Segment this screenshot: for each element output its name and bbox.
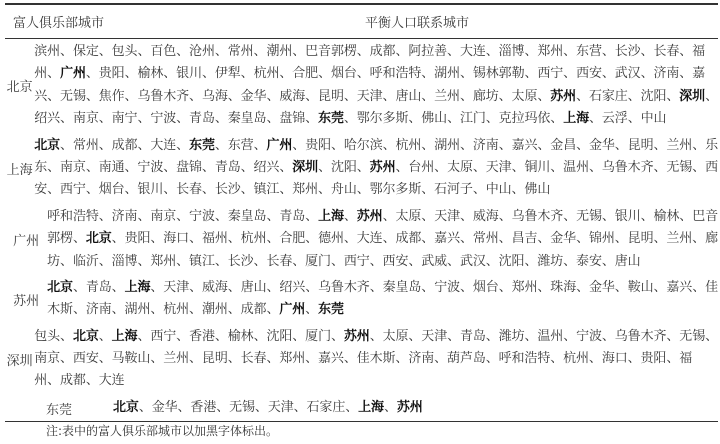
- city-list-text: 、台州、太原、天津、铜川、温州、乌鲁木齐、无锡、西: [395, 160, 718, 175]
- table-row: 广州呼和浩特、济南、南京、宁波、秦皇岛、青岛、上海、苏州、太原、天津、威海、乌鲁…: [5, 204, 718, 275]
- linked-cities-line: 州、成都、大连: [34, 370, 718, 392]
- header-balanced-linked-cities: 平衡人口联系城市: [123, 12, 718, 31]
- city-list-text: 、贵阳、海口、福州、杭州、合肥、德州、大连、成都、嘉兴、常州、昌吉、金华、锦州、…: [112, 231, 718, 246]
- city-list-text: 、西宁、香港、榆林、沈阳、厦门、: [137, 329, 343, 344]
- city-list-text: 、贵阳、榆林、银川、伊犁、杭州、合肥、烟台、呼和浩特、湖州、锡林郭勒、西宁、西安…: [86, 66, 705, 81]
- city-list-text: 、贵阳、哈尔滨、杭州、湖州、济南、嘉兴、金昌、金华、昆明、兰州、乐: [292, 138, 718, 153]
- rich-club-city-highlight: 东莞: [189, 138, 215, 153]
- city-list-text: 、太原、天津、青岛、潍坊、温州、宁波、乌鲁木齐、无锡、: [370, 329, 718, 344]
- table-footnote: 注:表中的富人俱乐部城市以加黑字体标出。: [46, 422, 278, 439]
- linked-cities: 北京、金华、香港、无锡、天津、石家庄、上海、苏州: [113, 395, 718, 421]
- rich-club-city-highlight: 深圳: [292, 160, 318, 175]
- city-list-text: 、鄂尔多斯、佛山、江门、克拉玛依、: [344, 111, 563, 126]
- rich-club-city-highlight: 苏州: [357, 209, 383, 224]
- city-list-text: 州、成都、大连: [34, 373, 124, 388]
- city-list-text: 坊、临沂、淄博、郑州、镇江、长沙、长春、厦门、西宁、西安、武威、武汉、沈阳、潍坊…: [47, 254, 640, 269]
- linked-cities-line: 木斯、济南、湖州、杭州、潮州、成都、广州、东莞: [47, 299, 718, 321]
- linked-cities-line: 北京、青岛、上海、天津、威海、唐山、绍兴、乌鲁木齐、秦皇岛、宁波、烟台、郑州、珠…: [47, 277, 718, 299]
- linked-cities-line: 东、南京、南通、宁波、盘锦、青岛、绍兴、深圳、沈阳、苏州、台州、太原、天津、铜川…: [34, 157, 718, 179]
- city-list-text: 兴、无锡、焦作、乌鲁木齐、乌海、金华、威海、昆明、天津、唐山、兰州、廊坊、太原、: [34, 89, 550, 104]
- city-list-text: 、天津、威海、唐山、绍兴、乌鲁木齐、秦皇岛、宁波、烟台、郑州、珠海、金华、鞍山、…: [150, 280, 718, 295]
- rich-club-city-highlight: 苏州: [370, 160, 396, 175]
- rich-club-city-highlight: 广州: [279, 302, 305, 317]
- rich-club-city: 北京: [5, 39, 34, 133]
- rich-club-city-highlight: 上海: [125, 280, 151, 295]
- table-row: 北京滨州、保定、包头、百色、沧州、常州、潮州、巴音郭楞、成都、阿拉善、大连、淄博…: [5, 39, 718, 133]
- city-list-text: 、: [384, 400, 397, 415]
- city-list-text: 、青岛、: [73, 280, 125, 295]
- rich-club-city-highlight: 北京: [47, 280, 73, 295]
- table-header: 富人俱乐部城市 平衡人口联系城市: [5, 5, 718, 38]
- rich-club-city-highlight: 北京: [113, 400, 139, 415]
- rich-club-city: 上海: [5, 133, 34, 204]
- city-list-text: 包头、: [34, 329, 73, 344]
- linked-cities-line: 安、西宁、烟台、银川、长春、长沙、镇江、郑州、舟山、鄂尔多斯、石河子、中山、佛山: [34, 179, 718, 201]
- rich-club-city-highlight: 东莞: [318, 302, 344, 317]
- city-list-text: 绍兴、南京、南宁、宁波、青岛、秦皇岛、盘锦、: [34, 111, 318, 126]
- city-list-text: 、: [99, 329, 112, 344]
- rich-club-city-highlight: 东莞: [318, 111, 344, 126]
- rich-club-city-highlight: 北京: [86, 231, 112, 246]
- linked-cities: 北京、常州、成都、大连、东莞、东营、广州、贵阳、哈尔滨、杭州、湖州、济南、嘉兴、…: [34, 133, 718, 204]
- rich-club-city-highlight: 上海: [358, 400, 384, 415]
- city-list-text: 、东营、: [215, 138, 267, 153]
- city-list-text: 、: [305, 302, 318, 317]
- rich-club-city-highlight: 上海: [112, 329, 138, 344]
- city-list-text: 、常州、成都、大连、: [60, 138, 189, 153]
- city-list-text: 、太原、天津、威海、乌鲁木齐、无锡、银川、榆林、巴音: [383, 209, 718, 224]
- linked-cities-line: 坊、临沂、淄博、郑州、镇江、长沙、长春、厦门、西宁、西安、武威、武汉、沈阳、潍坊…: [47, 251, 718, 273]
- rich-club-city-highlight: 北京: [34, 138, 60, 153]
- rich-club-city-highlight: 上海: [563, 111, 589, 126]
- linked-cities-line: 滨州、保定、包头、百色、沧州、常州、潮州、巴音郭楞、成都、阿拉善、大连、淄博、郑…: [34, 41, 718, 63]
- linked-cities-line: 郭楞、北京、贵阳、海口、福州、杭州、合肥、德州、大连、成都、嘉兴、常州、昌吉、金…: [47, 228, 718, 250]
- linked-cities-line: 州、广州、贵阳、榆林、银川、伊犁、杭州、合肥、烟台、呼和浩特、湖州、锡林郭勒、西…: [34, 63, 718, 85]
- rich-club-city: 东莞: [5, 395, 113, 421]
- rich-club-city-highlight: 深圳: [679, 89, 705, 104]
- city-list-text: 郭楞、: [47, 231, 86, 246]
- linked-cities-line: 绍兴、南京、南宁、宁波、青岛、秦皇岛、盘锦、东莞、鄂尔多斯、佛山、江门、克拉玛依…: [34, 108, 718, 130]
- city-list-text: 木斯、济南、湖州、杭州、潮州、成都、: [47, 302, 279, 317]
- linked-cities-line: 兴、无锡、焦作、乌鲁木齐、乌海、金华、威海、昆明、天津、唐山、兰州、廊坊、太原、…: [34, 86, 718, 108]
- city-list-text: 、: [705, 89, 718, 104]
- table-row: 上海北京、常州、成都、大连、东莞、东营、广州、贵阳、哈尔滨、杭州、湖州、济南、嘉…: [5, 133, 718, 204]
- city-list-text: 、: [344, 209, 357, 224]
- table-body: 北京滨州、保定、包头、百色、沧州、常州、潮州、巴音郭楞、成都、阿拉善、大连、淄博…: [5, 39, 718, 421]
- rich-club-city-highlight: 北京: [73, 329, 99, 344]
- linked-cities-line: 北京、常州、成都、大连、东莞、东营、广州、贵阳、哈尔滨、杭州、湖州、济南、嘉兴、…: [34, 135, 718, 157]
- linked-cities-line: 北京、金华、香港、无锡、天津、石家庄、上海、苏州: [113, 397, 718, 419]
- city-list-text: 、石家庄、沈阳、: [576, 89, 679, 104]
- rich-club-city: 深圳: [5, 324, 34, 395]
- city-list-text: 、沈阳、: [318, 160, 370, 175]
- city-list-text: 、金华、香港、无锡、天津、石家庄、: [139, 400, 358, 415]
- linked-cities-line: 南京、西安、马鞍山、兰州、昆明、长春、郑州、嘉兴、佳木斯、济南、葫芦岛、呼和浩特…: [34, 348, 718, 370]
- linked-cities-line: 包头、北京、上海、西宁、香港、榆林、沈阳、厦门、苏州、太原、天津、青岛、潍坊、温…: [34, 326, 718, 348]
- city-list-text: 滨州、保定、包头、百色、沧州、常州、潮州、巴音郭楞、成都、阿拉善、大连、淄博、郑…: [34, 44, 705, 59]
- city-list-text: 安、西宁、烟台、银川、长春、长沙、镇江、郑州、舟山、鄂尔多斯、石河子、中山、佛山: [34, 182, 550, 197]
- city-list-text: 、云浮、中山: [589, 111, 666, 126]
- table-row: 东莞北京、金华、香港、无锡、天津、石家庄、上海、苏州: [5, 395, 718, 421]
- header-rich-club-city: 富人俱乐部城市: [5, 12, 123, 31]
- table-row: 苏州北京、青岛、上海、天津、威海、唐山、绍兴、乌鲁木齐、秦皇岛、宁波、烟台、郑州…: [5, 275, 718, 324]
- rich-club-city-highlight: 上海: [318, 209, 344, 224]
- rich-club-city-highlight: 广州: [60, 66, 86, 81]
- table-row: 深圳包头、北京、上海、西宁、香港、榆林、沈阳、厦门、苏州、太原、天津、青岛、潍坊…: [5, 324, 718, 395]
- rich-club-city-highlight: 广州: [266, 138, 292, 153]
- city-list-text: 东、南京、南通、宁波、盘锦、青岛、绍兴、: [34, 160, 292, 175]
- city-list-text: 州、: [34, 66, 60, 81]
- linked-cities: 北京、青岛、上海、天津、威海、唐山、绍兴、乌鲁木齐、秦皇岛、宁波、烟台、郑州、珠…: [47, 275, 718, 324]
- linked-cities: 包头、北京、上海、西宁、香港、榆林、沈阳、厦门、苏州、太原、天津、青岛、潍坊、温…: [34, 324, 718, 395]
- linked-cities: 呼和浩特、济南、南京、宁波、秦皇岛、青岛、上海、苏州、太原、天津、威海、乌鲁木齐…: [47, 204, 718, 275]
- rich-club-city: 广州: [5, 204, 47, 275]
- rich-club-city-highlight: 苏州: [550, 89, 576, 104]
- city-list-text: 呼和浩特、济南、南京、宁波、秦皇岛、青岛、: [47, 209, 318, 224]
- rich-club-city: 苏州: [5, 275, 47, 324]
- city-list-text: 南京、西安、马鞍山、兰州、昆明、长春、郑州、嘉兴、佳木斯、济南、葫芦岛、呼和浩特…: [34, 351, 692, 366]
- rich-club-city-highlight: 苏州: [397, 400, 423, 415]
- city-connection-table: 富人俱乐部城市 平衡人口联系城市 北京滨州、保定、包头、百色、沧州、常州、潮州、…: [5, 3, 718, 422]
- linked-cities: 滨州、保定、包头、百色、沧州、常州、潮州、巴音郭楞、成都、阿拉善、大连、淄博、郑…: [34, 39, 718, 133]
- linked-cities-line: 呼和浩特、济南、南京、宁波、秦皇岛、青岛、上海、苏州、太原、天津、威海、乌鲁木齐…: [47, 206, 718, 228]
- rich-club-city-highlight: 苏州: [344, 329, 370, 344]
